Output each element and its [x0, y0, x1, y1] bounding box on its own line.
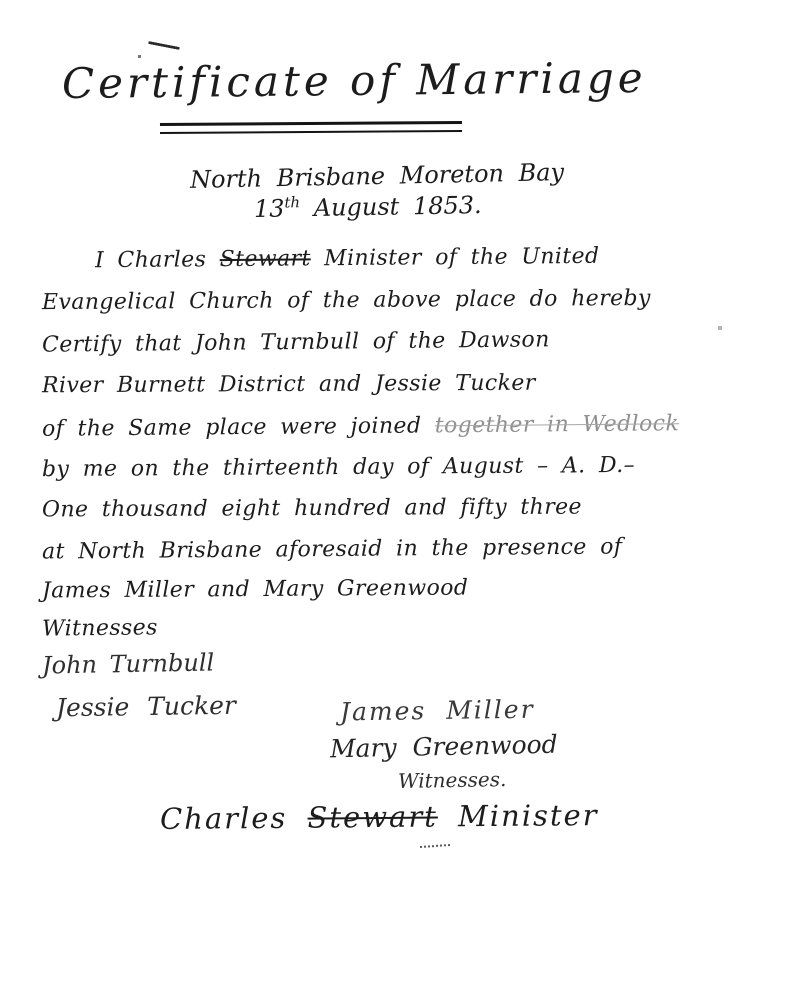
document-title: Certificate of Marriage — [62, 53, 647, 108]
minister-first-name: Charles — [160, 801, 308, 836]
body-line: at North Brisbane aforesaid in the prese… — [42, 534, 623, 564]
body-line: Witnesses — [42, 615, 158, 641]
signature-witness-1: James Miller — [340, 695, 535, 727]
ink-dots-artifact — [420, 844, 450, 848]
minister-surname: Stewart — [307, 799, 438, 834]
dateline-date: 13th August 1853. — [254, 190, 482, 223]
body-line-5-pre: of the Same place were joined — [42, 413, 435, 441]
signature-groom: John Turnbull — [42, 648, 215, 679]
body-line-1-pre: I Charles — [95, 247, 220, 273]
title-double-underline — [160, 121, 462, 134]
date-day: 13 — [254, 194, 285, 223]
ink-speck-artifact — [718, 326, 722, 330]
dateline-place: North Brisbane Moreton Bay — [190, 158, 565, 194]
signature-minister: Charles Stewart Minister — [160, 798, 599, 836]
body-line: Certify that John Turnbull of the Dawson — [42, 327, 550, 357]
body-line: James Miller and Mary Greenwood — [42, 576, 468, 604]
signature-witness-2: Mary Greenwood — [330, 730, 558, 764]
body-line: Evangelical Church of the above place do… — [42, 286, 651, 315]
body-line: River Burnett District and Jessie Tucker — [42, 371, 536, 399]
body-line-1-post: Minister of the United — [311, 244, 600, 272]
body-line: of the Same place were joined together i… — [42, 411, 679, 442]
date-rest: August 1853. — [300, 191, 482, 222]
signature-bride: Jessie Tucker — [56, 691, 236, 723]
body-line: One thousand eight hundred and fifty thr… — [42, 495, 582, 523]
body-line: by me on the thirteenth day of August – … — [42, 453, 635, 482]
scanned-marriage-certificate: Certificate of Marriage North Brisbane M… — [0, 0, 800, 994]
date-ordinal: th — [284, 193, 300, 211]
ink-stroke-artifact — [148, 41, 180, 50]
minister-title: Minister — [438, 798, 599, 833]
body-line: I Charles Stewart Minister of the United — [95, 244, 600, 273]
witnesses-label: Witnesses. — [398, 767, 507, 793]
smudged-correction-text: together in Wedlock — [435, 411, 680, 438]
struck-surname: Stewart — [220, 246, 311, 272]
